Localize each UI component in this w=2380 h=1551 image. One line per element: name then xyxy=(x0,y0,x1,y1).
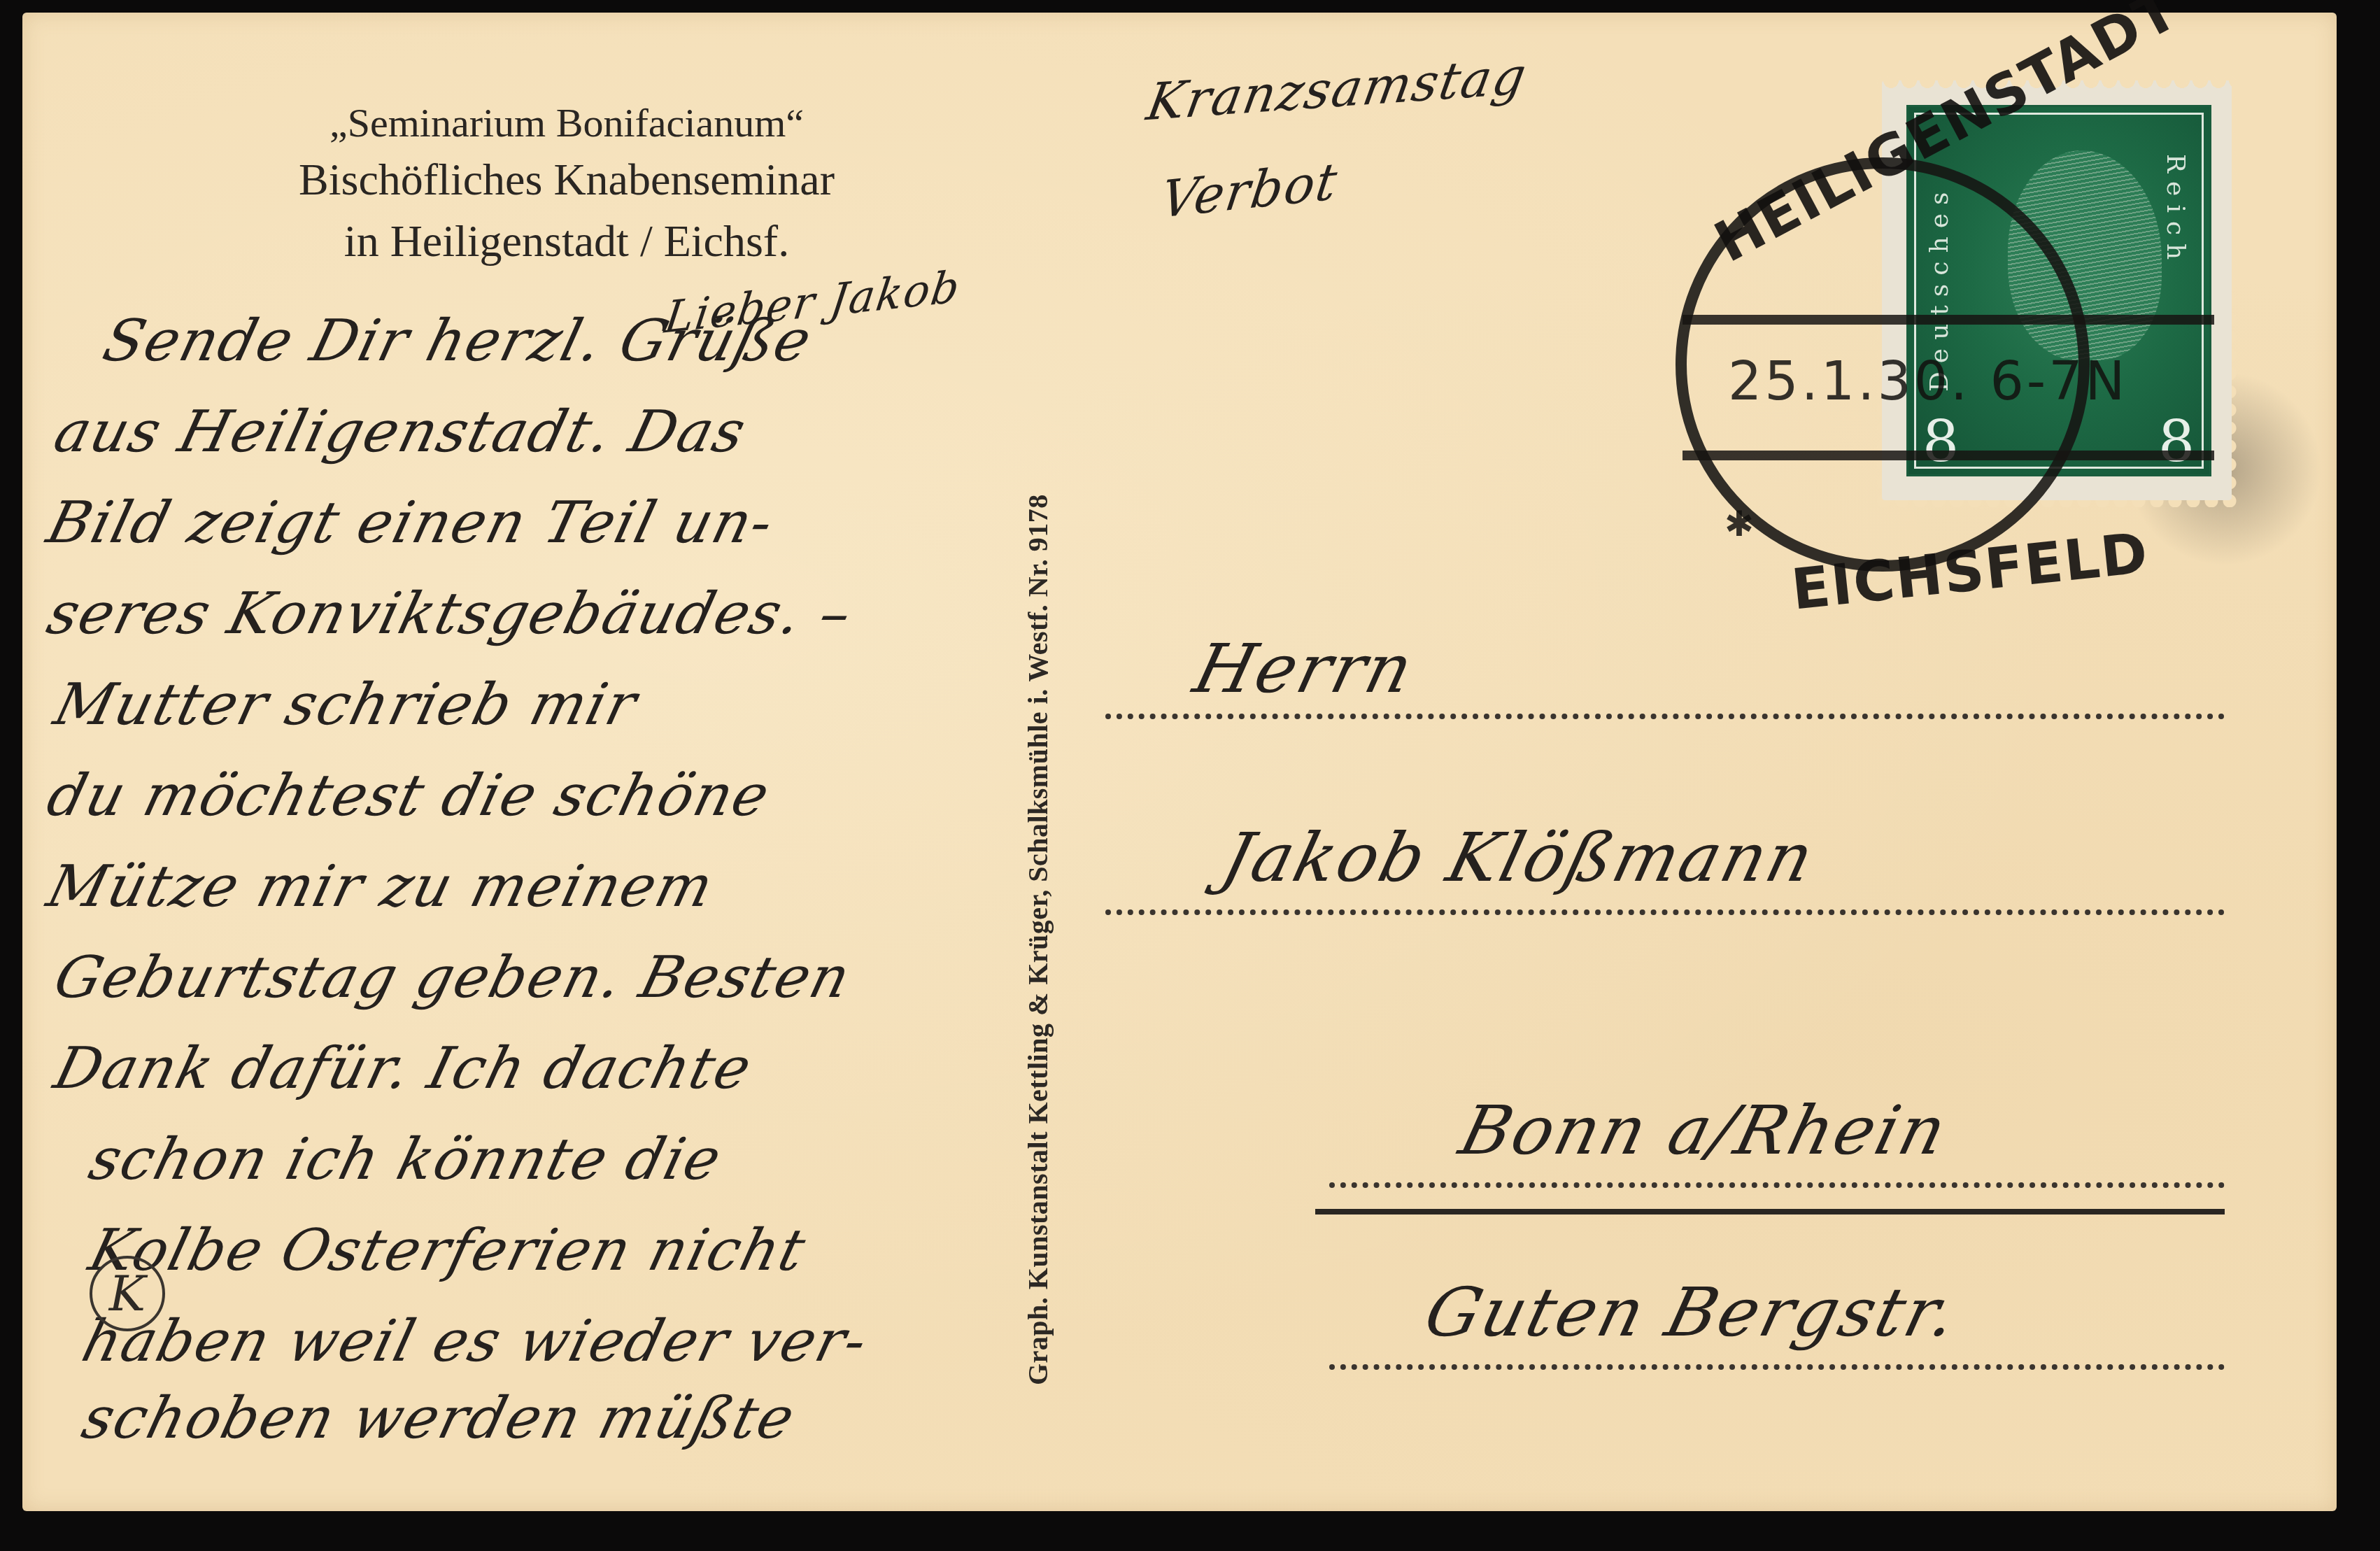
stamp-text-right: Reich xyxy=(2161,154,2190,268)
postmark-time-value: 6-7N xyxy=(1990,350,2127,412)
postmark-date-value: 25.1.30. xyxy=(1728,350,1970,412)
postmark-star-icon: ✱ xyxy=(1724,504,1754,544)
address-street: Guten Bergstr. xyxy=(1417,1273,1967,1352)
message-line: Mütze mir zu meinem xyxy=(41,854,721,920)
address-name: Jakob Klößmann xyxy=(1214,819,1823,897)
postmark-date: 25.1.30. 6-7N xyxy=(1728,350,2127,412)
address-dotted-line xyxy=(1329,1364,2225,1370)
header-location: in Heiligenstadt / Eichsf. xyxy=(196,211,937,271)
message-line: Dank dafür. Ich dachte xyxy=(48,1035,759,1102)
message-line: schoben werden müßte xyxy=(76,1385,802,1452)
initials-mark: K xyxy=(90,1256,165,1331)
message-line: Geburtstag geben. Besten xyxy=(48,944,858,1011)
message-line: Bild zeigt einen Teil un- xyxy=(41,490,781,556)
message-line: aus Heiligenstadt. Das xyxy=(48,399,753,465)
printed-header: „Seminarium Bonifacianum“ Bischöfliches … xyxy=(196,98,937,271)
message-line: seres Konviktsgebäudes. – xyxy=(41,581,859,647)
message-line: du möchtest die schöne xyxy=(41,763,777,829)
message-line: haben weil es wieder ver- xyxy=(76,1308,874,1375)
address-dotted-line xyxy=(1105,714,2225,719)
message-line: Sende Dir herzl. Grüße xyxy=(97,308,819,374)
address-dotted-line xyxy=(1105,909,2225,915)
message-line: Kolbe Osterferien nicht xyxy=(83,1217,813,1284)
message-line: Mutter schrieb mir xyxy=(48,672,644,738)
address-salutation: Herrn xyxy=(1187,630,1422,708)
message-line: schon ich könnte die xyxy=(83,1126,728,1193)
printer-imprint: Graph. Kunstanstalt Kettling & Krüger, S… xyxy=(1021,494,1054,1385)
address-dotted-line xyxy=(1329,1182,2225,1188)
address-city-underline xyxy=(1315,1209,2225,1214)
header-seminary-type: Bischöfliches Knabenseminar xyxy=(196,148,937,211)
address-city: Bonn a/Rhein xyxy=(1452,1091,1955,1170)
